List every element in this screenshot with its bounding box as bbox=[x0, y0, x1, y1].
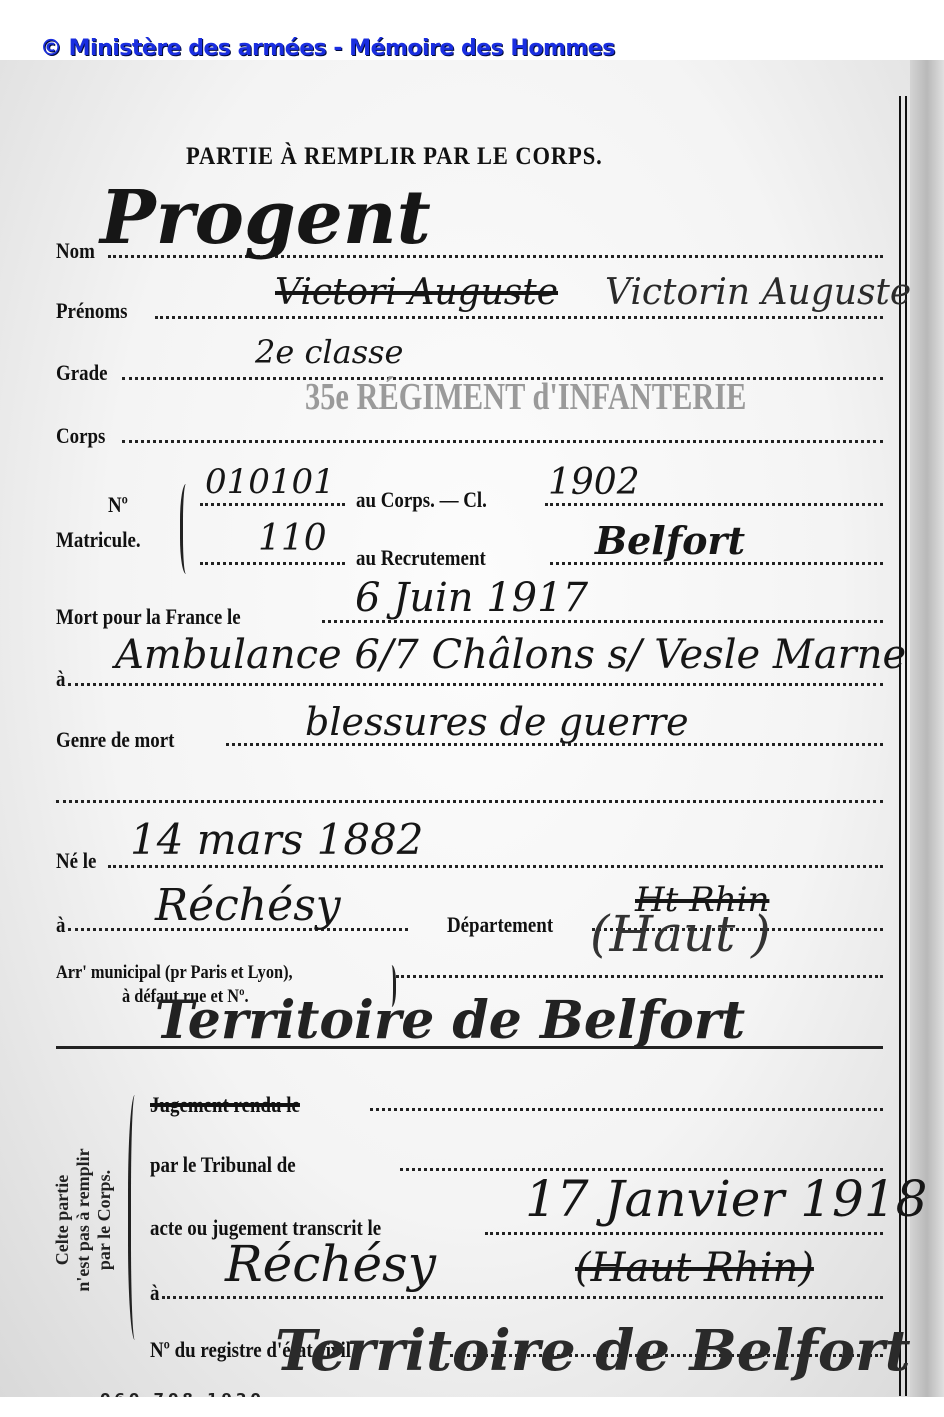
label-nom: Nom bbox=[56, 238, 95, 264]
page-bottom-margin bbox=[0, 1397, 944, 1417]
field-line bbox=[155, 316, 883, 319]
field-line bbox=[200, 503, 345, 506]
entry-matricule-corps: 010101 bbox=[205, 462, 335, 502]
section-divider bbox=[56, 1046, 883, 1049]
entry-date-naissance: 14 mars 1882 bbox=[130, 815, 424, 864]
label-matricule: Matricule. bbox=[56, 527, 141, 553]
entry-date-deces: 6 Juin 1917 bbox=[355, 575, 588, 621]
field-line bbox=[162, 1296, 883, 1299]
field-line bbox=[68, 683, 883, 686]
label-genre: Genre de mort bbox=[56, 727, 174, 753]
label-par-tribunal: par le Tribunal de bbox=[150, 1152, 296, 1178]
entry-lieu-deces: Ambulance 6/7 Châlons s/ Vesle Marne bbox=[115, 632, 906, 678]
entry-arrondissement: Territoire de Belfort bbox=[155, 990, 745, 1051]
entry-transcription-dept-struck: (Haut Rhin) bbox=[575, 1245, 814, 1291]
field-line bbox=[370, 1108, 883, 1111]
side-note-line: Celte partie bbox=[52, 1120, 73, 1320]
field-line bbox=[122, 440, 883, 443]
entry-transcription-date: 17 Janvier 1918 bbox=[525, 1170, 927, 1228]
brace bbox=[128, 1095, 145, 1340]
label-ne: Né le bbox=[56, 848, 96, 874]
label-a: à bbox=[150, 1280, 159, 1306]
field-line bbox=[396, 975, 883, 978]
label-a: à bbox=[56, 912, 65, 938]
copyright-watermark: © Ministère des armées - Mémoire des Hom… bbox=[40, 36, 615, 61]
label-mort: Mort pour la France le bbox=[56, 604, 241, 630]
label-no: Nº bbox=[108, 492, 128, 518]
label-prenoms: Prénoms bbox=[56, 298, 127, 324]
field-line bbox=[545, 503, 883, 506]
label-corps: Corps bbox=[56, 423, 105, 449]
label-grade: Grade bbox=[56, 360, 108, 386]
entry-recrutement: Belfort bbox=[595, 518, 745, 563]
label-jugement: Jugement rendu le bbox=[150, 1092, 300, 1118]
label-au-corps: au Corps. — Cl. bbox=[356, 487, 487, 513]
entry-matricule-recrutement: 110 bbox=[258, 518, 327, 559]
entry-grade: 2e classe bbox=[255, 333, 403, 371]
entry-transcription-dept: Territoire de Belfort bbox=[275, 1318, 911, 1384]
entry-prenoms-struck: Victori Auguste bbox=[275, 272, 558, 313]
form-heading: PARTIE À REMPLIR PAR LE CORPS. bbox=[186, 143, 603, 171]
entry-nom: Progent bbox=[100, 175, 431, 261]
label-a: à bbox=[56, 666, 65, 692]
entry-lieu-naissance: Réchésy bbox=[155, 880, 341, 931]
brace bbox=[180, 484, 195, 574]
label-arrondissement: Arr' municipal (pr Paris et Lyon), bbox=[56, 962, 293, 984]
label-au-recrutement: au Recrutement bbox=[356, 545, 486, 571]
entry-genre-mort: blessures de guerre bbox=[305, 700, 689, 744]
field-line bbox=[485, 1232, 883, 1235]
field-line bbox=[200, 562, 345, 565]
side-note-line: par le Corps. bbox=[94, 1120, 115, 1320]
entry-transcription-lieu: Réchésy bbox=[225, 1235, 436, 1293]
regiment-stamp: 35e RÉGIMENT d'INFANTERIE bbox=[305, 375, 746, 419]
side-note-line: n'est pas à remplir bbox=[73, 1120, 94, 1320]
entry-departement: (Haut ) bbox=[590, 905, 771, 963]
field-line bbox=[108, 865, 883, 868]
label-departement: Département bbox=[447, 912, 553, 938]
entry-classe: 1902 bbox=[548, 462, 640, 503]
field-line bbox=[56, 800, 883, 803]
side-note: Celte partie n'est pas à remplir par le … bbox=[52, 1120, 115, 1320]
entry-prenoms: Victorin Auguste bbox=[605, 272, 911, 313]
